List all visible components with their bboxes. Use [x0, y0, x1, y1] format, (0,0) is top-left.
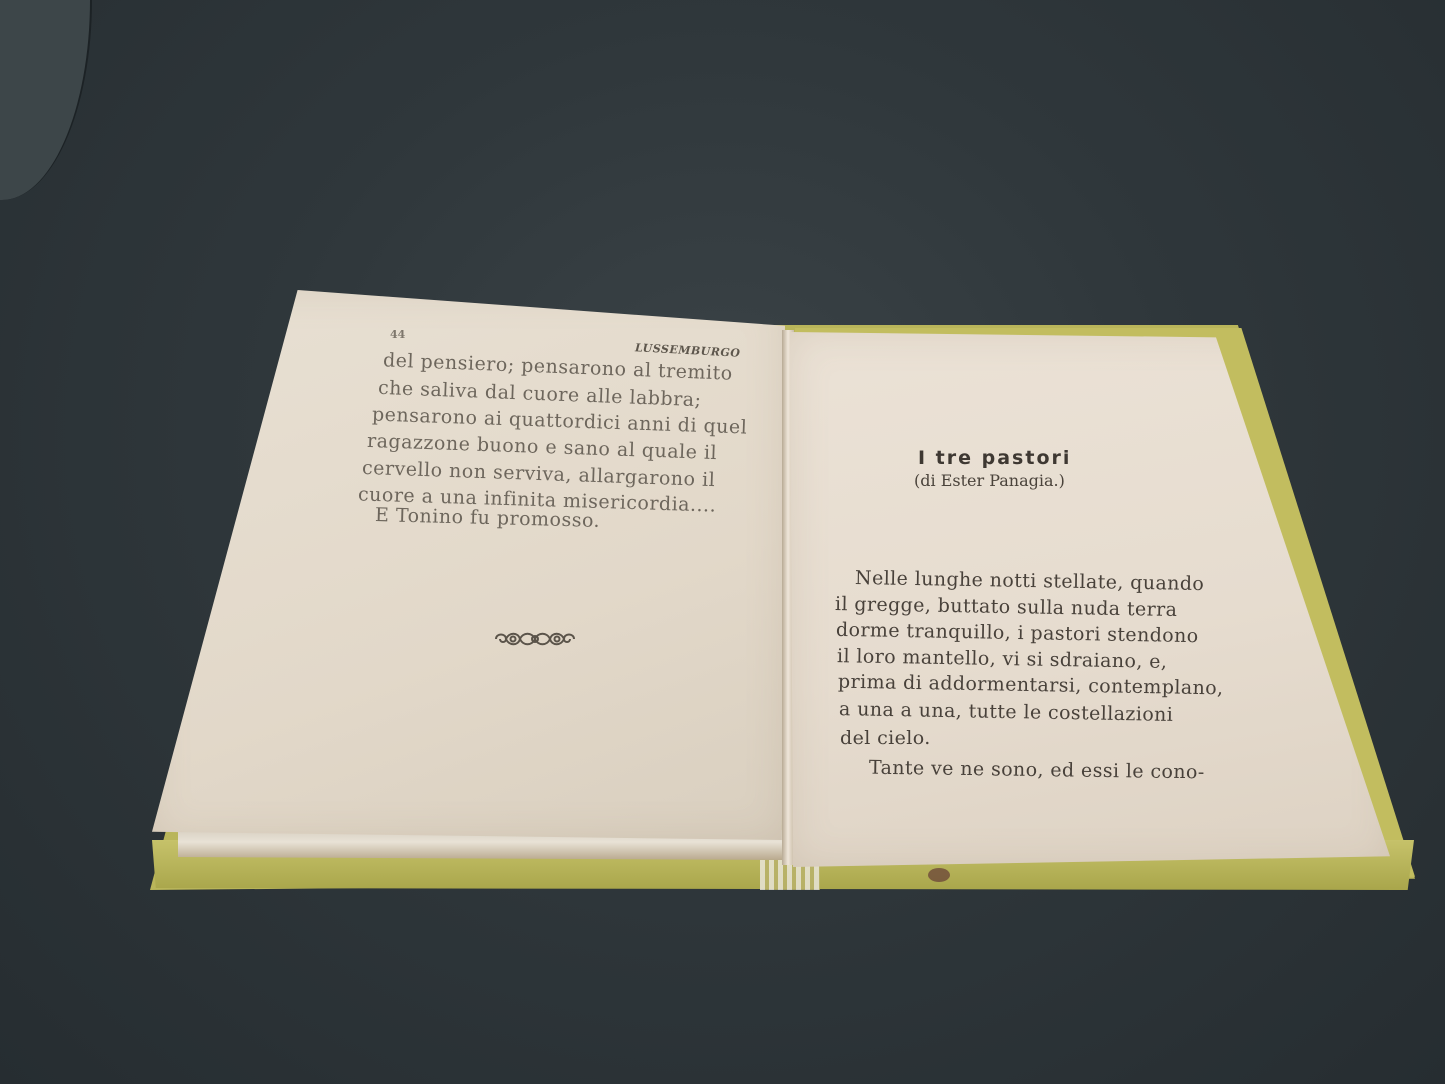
- binder-corner: [0, 0, 92, 200]
- story-title: I tre pastori: [918, 447, 1071, 469]
- cover-stain: [928, 868, 950, 882]
- scroll-ornament-icon: [492, 628, 578, 650]
- right-text-line: del cielo.: [840, 727, 931, 749]
- right-text-line: Tante ve ne sono, ed essi le cono-: [869, 757, 1205, 784]
- story-byline: (di Ester Panagia.): [914, 471, 1065, 490]
- page-number: 44: [390, 328, 405, 341]
